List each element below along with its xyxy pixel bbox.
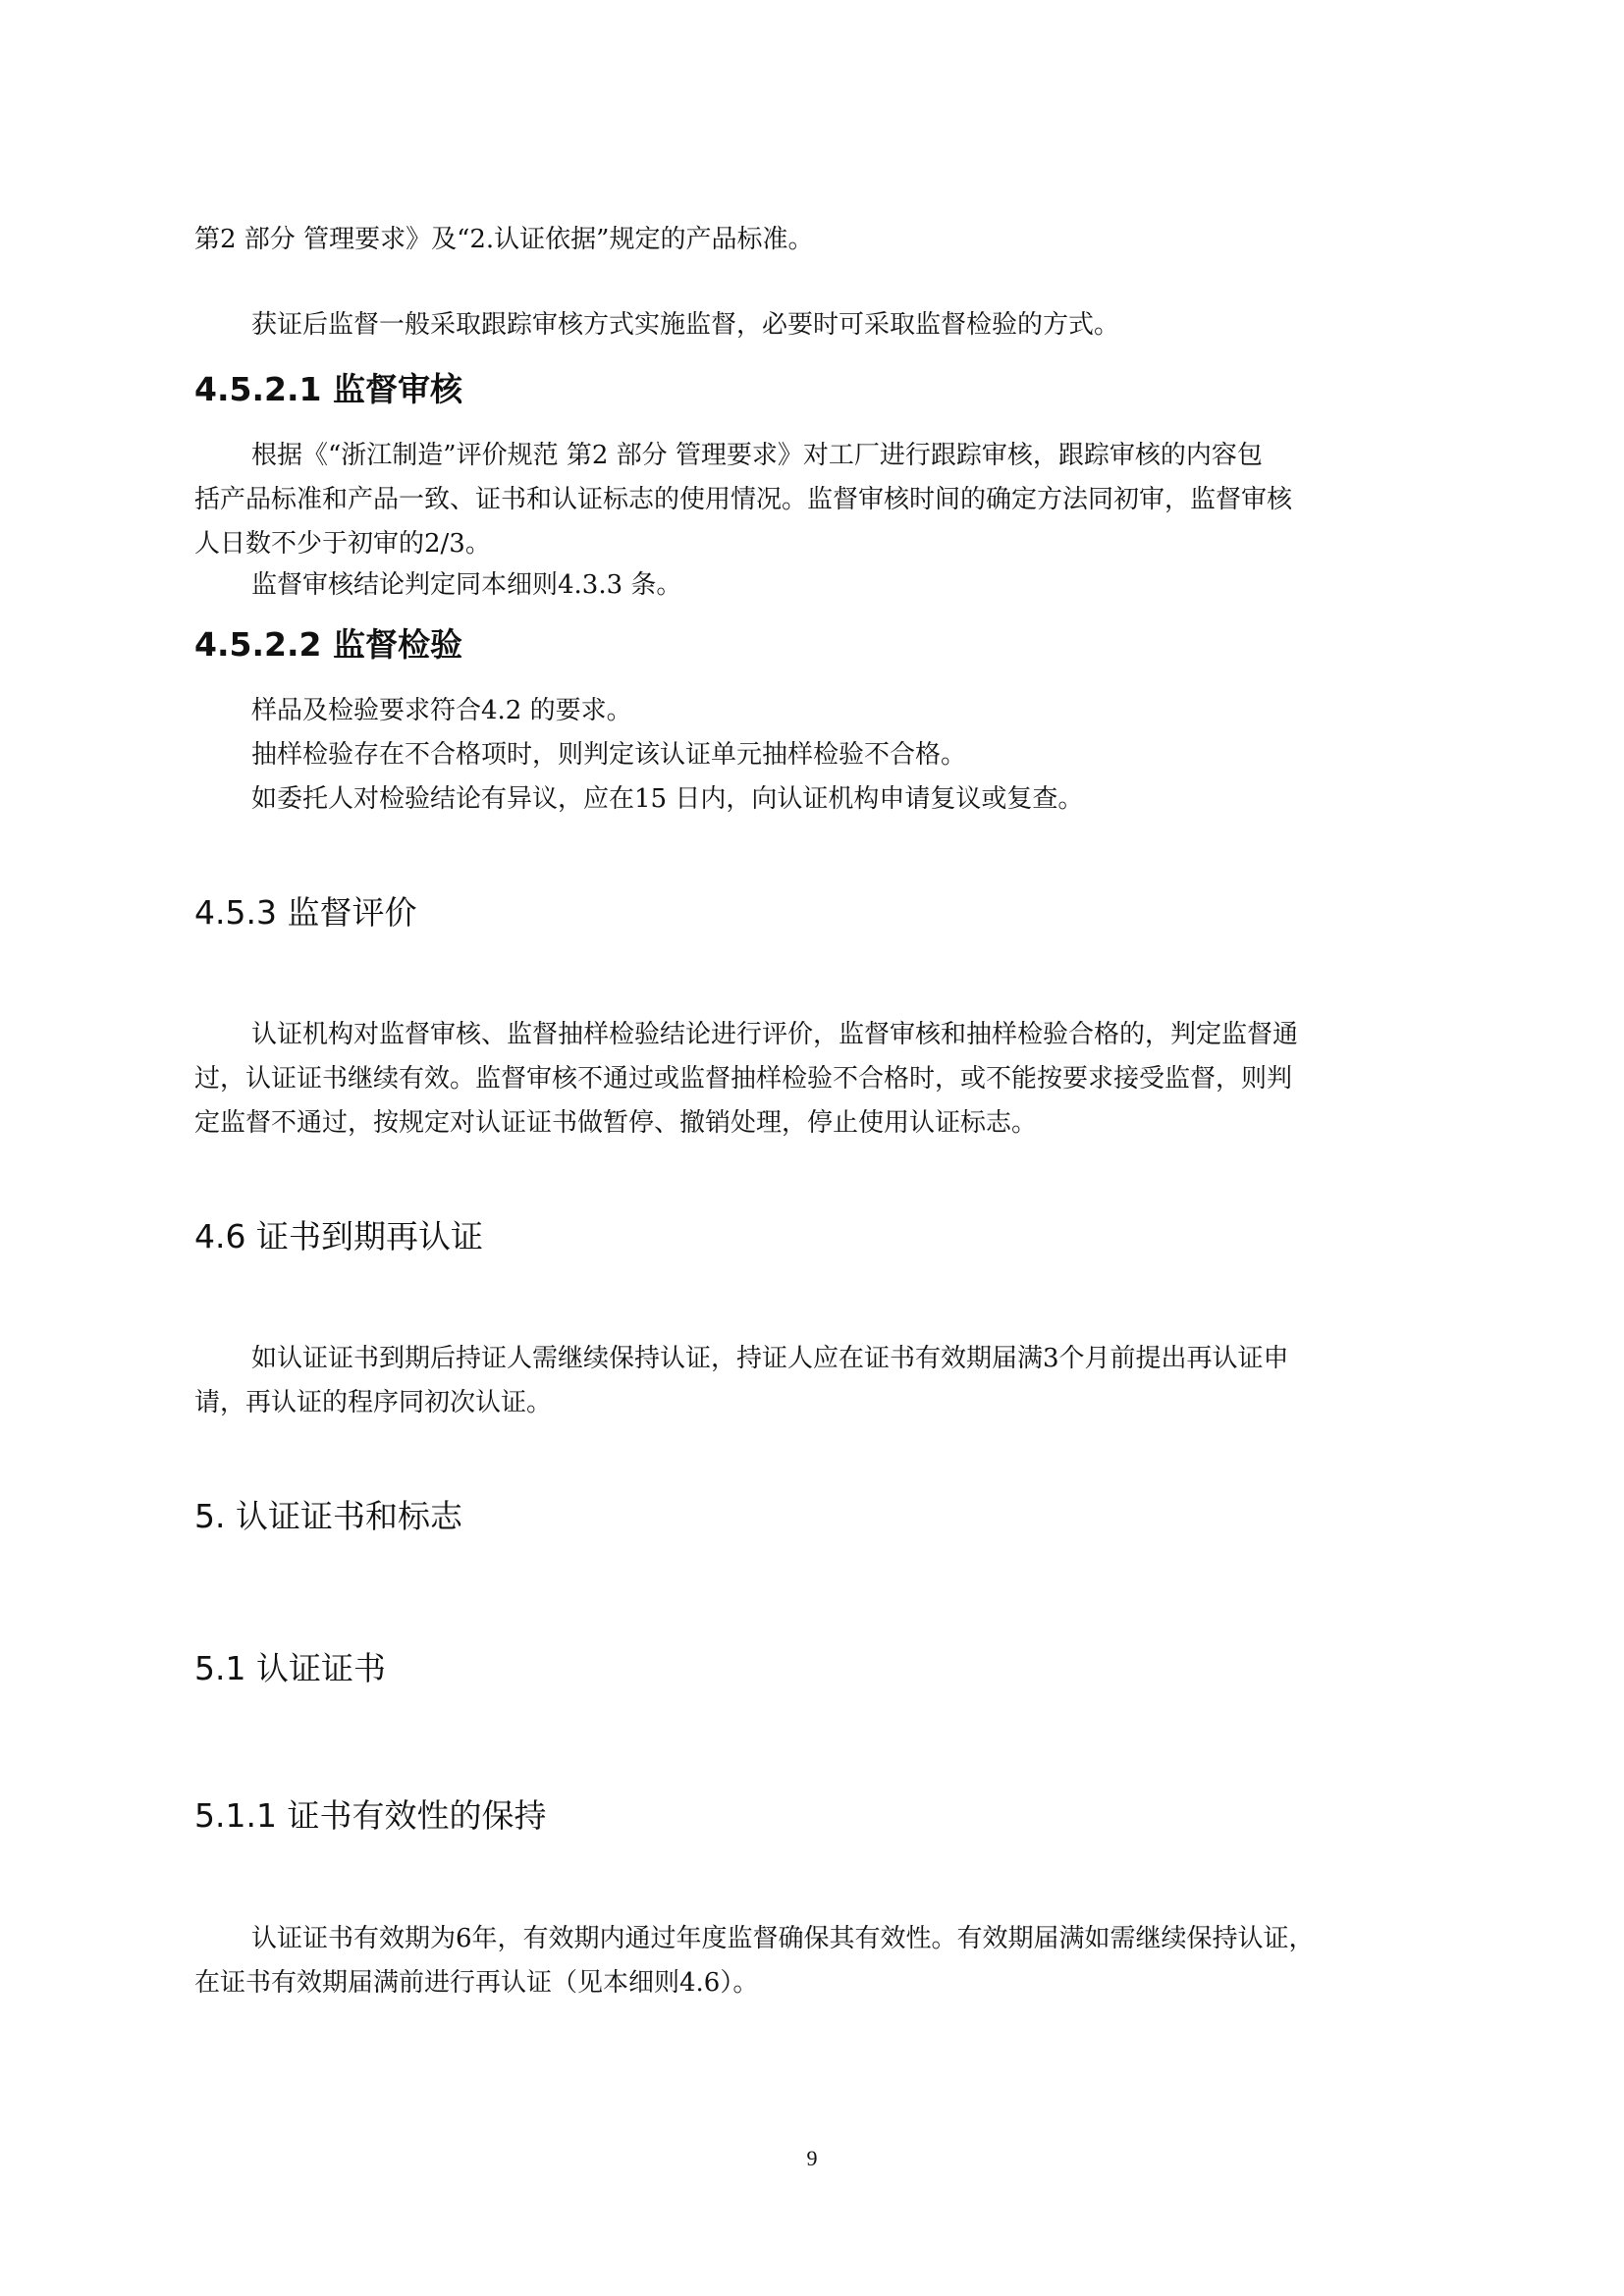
text-line: 如委托人对检验结论有异议，应在15 日内，向认证机构申请复议或复查。 bbox=[251, 777, 1439, 822]
text-line: 监督审核结论判定同本细则4.3.3 条。 bbox=[251, 563, 1439, 608]
text-line: 认证证书有效期为6年，有效期内通过年度监督确保其有效性。有效期届满如需继续保持认… bbox=[251, 1917, 1439, 1961]
text-line: 过，认证证书继续有效。监督审核不通过或监督抽样检验不合格时，或不能按要求接受监督… bbox=[194, 1057, 1439, 1101]
heading-5: 5. 认证证书和标志 bbox=[194, 1497, 462, 1536]
text-line: 如认证证书到期后持证人需继续保持认证，持证人应在证书有效期届满3个月前提出再认证… bbox=[251, 1337, 1439, 1381]
text-line: 抽样检验存在不合格项时，则判定该认证单元抽样检验不合格。 bbox=[251, 733, 1439, 777]
text-line: 样品及检验要求符合4.2 的要求。 bbox=[251, 689, 1439, 733]
text-line: 括产品标准和产品一致、证书和认证标志的使用情况。监督审核时间的确定方法同初审，监… bbox=[194, 478, 1439, 522]
page-number: 9 bbox=[0, 2146, 1624, 2171]
text-line: 第2 部分 管理要求》及“2.认证依据”规定的产品标准。 bbox=[194, 218, 1439, 262]
heading-4-5-3: 4.5.3 监督评价 bbox=[194, 893, 416, 933]
heading-5-1: 5.1 认证证书 bbox=[194, 1649, 386, 1688]
text-line: 定监督不通过，按规定对认证证书做暂停、撤销处理，停止使用认证标志。 bbox=[194, 1101, 1439, 1146]
heading-4-6: 4.6 证书到期再认证 bbox=[194, 1217, 483, 1256]
text-line: 获证后监督一般采取跟踪审核方式实施监督，必要时可采取监督检验的方式。 bbox=[251, 303, 1439, 347]
heading-5-1-1: 5.1.1 证书有效性的保持 bbox=[194, 1796, 546, 1836]
text-line: 认证机构对监督审核、监督抽样检验结论进行评价，监督审核和抽样检验合格的，判定监督… bbox=[251, 1013, 1439, 1057]
text-line: 人日数不少于初审的2/3。 bbox=[194, 522, 1439, 566]
heading-4-5-2-1: 4.5.2.1 监督审核 bbox=[194, 370, 462, 409]
heading-4-5-2-2: 4.5.2.2 监督检验 bbox=[194, 625, 462, 665]
text-line: 请，再认证的程序同初次认证。 bbox=[194, 1381, 1439, 1425]
text-line: 根据《“浙江制造”评价规范 第2 部分 管理要求》对工厂进行跟踪审核，跟踪审核的… bbox=[251, 434, 1439, 478]
text-line: 在证书有效期届满前进行再认证（见本细则4.6）。 bbox=[194, 1961, 1439, 2005]
